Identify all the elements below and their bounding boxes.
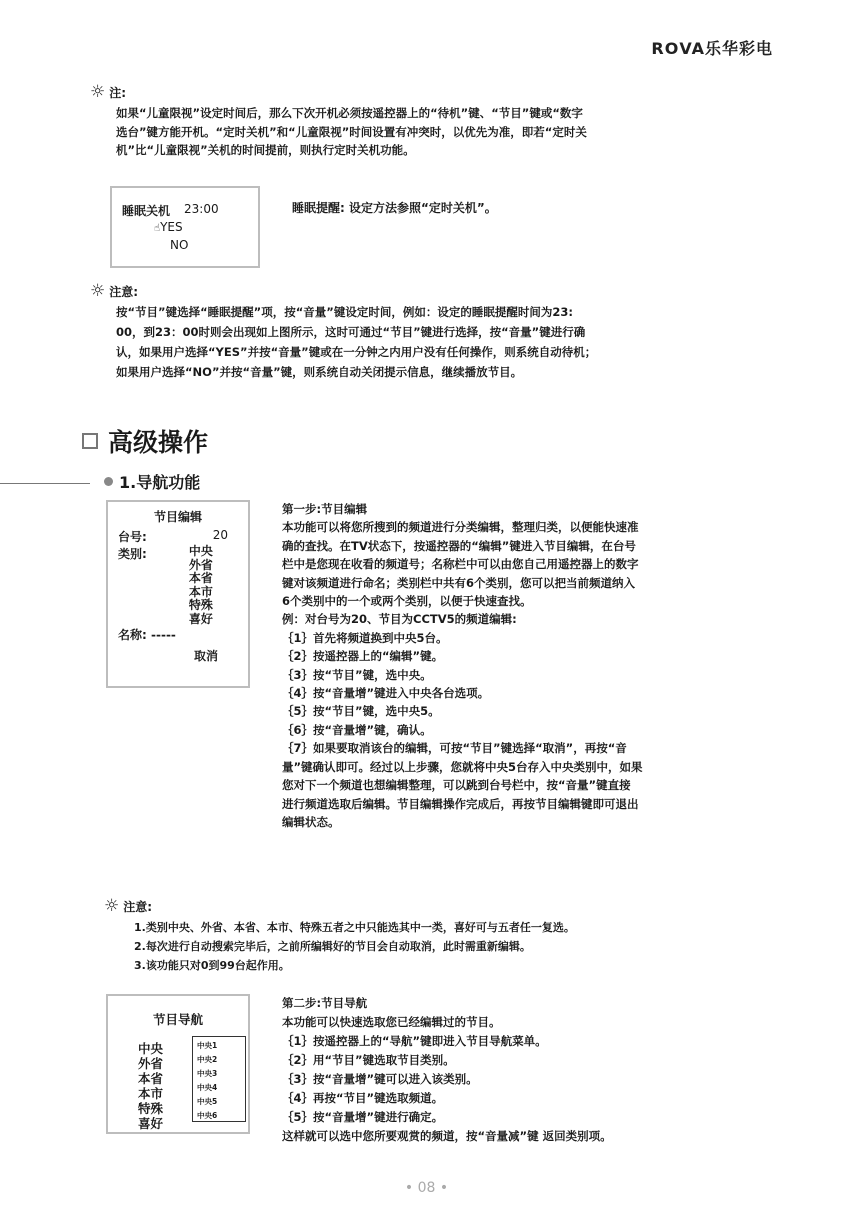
step-line: ｛5｝按“音量增”键进行确定。 bbox=[282, 1108, 802, 1127]
nav-channel-list: 中央1 中央2 中央3 中央4 中央5 中央6 bbox=[192, 1036, 246, 1122]
note-line: 1.类别中央、外省、本省、本市、特殊五者之中只能选其中一类，喜好可与五者任一复选… bbox=[134, 918, 814, 937]
program-edit-menu-illustration: 节目编辑 台号: 20 类别: 中央 外省 本省 本市 特殊 喜好 名称: --… bbox=[106, 500, 250, 688]
sun-bulb-icon: ☼ bbox=[104, 898, 119, 915]
step-line: 这样就可以选中您所要观赏的频道，按“音量减”键 返回类别项。 bbox=[282, 1127, 802, 1146]
page-number: • 08 • bbox=[0, 1180, 853, 1196]
step-line: 键对该频道进行命名；类别栏中共有6个类别，您可以把当前频道纳入 bbox=[282, 574, 782, 592]
note-title: 注意: bbox=[109, 283, 138, 300]
nav-category-item: 本市 bbox=[138, 1086, 163, 1101]
step-title: 第一步:节目编辑 bbox=[282, 500, 782, 518]
nav-category-item: 外省 bbox=[138, 1056, 163, 1071]
step-line: 6个类别中的一个或两个类别，以便于快速查找。 bbox=[282, 592, 782, 610]
category-item: 喜好 bbox=[189, 613, 213, 627]
note-title: 注: bbox=[109, 84, 126, 101]
note-line: 按“节目”键选择“睡眠提醒”项，按“音量”键设定时间，例如：设定的睡眠提醒时间为… bbox=[116, 302, 786, 322]
step-line: 您对下一个频道也想编辑整理，可以跳到台号栏中，按“音量”键直接 bbox=[282, 776, 782, 794]
option-yes: YES bbox=[160, 220, 183, 234]
nav-channel-item: 中央3 bbox=[197, 1067, 241, 1081]
nav-category-item: 本省 bbox=[138, 1071, 163, 1086]
category-item: 本省 bbox=[189, 572, 213, 586]
subsection-heading: 1.导航功能 bbox=[104, 470, 200, 493]
step-line: ｛3｝按“音量增”键可以进入该类别。 bbox=[282, 1070, 802, 1089]
category-list: 中央 外省 本省 本市 特殊 喜好 bbox=[189, 545, 213, 626]
square-bullet-icon bbox=[82, 433, 98, 449]
step-line: ｛5｝按“节目”键，选中央5。 bbox=[282, 702, 782, 720]
step-line: ｛2｝按遥控器上的“编辑”键。 bbox=[282, 647, 782, 665]
note-heading: ☼ 注: bbox=[90, 84, 126, 101]
step-line: 进行频道选取后编辑。节目编辑操作完成后，再按节目编辑键即可退出 bbox=[282, 795, 782, 813]
category-item: 外省 bbox=[189, 559, 213, 573]
channel-value: 20 bbox=[213, 528, 228, 545]
step-line: 例：对台号为20、节目为CCTV5的频道编辑: bbox=[282, 610, 782, 628]
step-line: 确的查找。在TV状态下，按遥控器的“编辑”键进入节目编辑，在台号 bbox=[282, 537, 782, 555]
note-heading: ☼ 注意: bbox=[104, 898, 152, 915]
step-line: ｛1｝首先将频道换到中央5台。 bbox=[282, 629, 782, 647]
sleep-hint: 睡眠提醒: 设定方法参照“定时关机”。 bbox=[292, 199, 497, 216]
edit-menu-title: 节目编辑 bbox=[118, 508, 238, 525]
note-body: 1.类别中央、外省、本省、本市、特殊五者之中只能选其中一类，喜好可与五者任一复选… bbox=[134, 918, 814, 975]
program-navigation-menu-illustration: 节目导航 中央 外省 本省 本市 特殊 喜好 中央1 中央2 中央3 中央4 中… bbox=[106, 994, 250, 1134]
sleep-off-title: 睡眠关机 bbox=[122, 202, 170, 219]
note-line: 如果“儿童限视”设定时间后，那么下次开机必须按遥控器上的“待机”键、“节目”键或… bbox=[116, 104, 776, 123]
divider-line bbox=[0, 483, 90, 484]
name-value: ----- bbox=[151, 628, 176, 642]
step-line: 本功能可以快速选取您已经编辑过的节目。 bbox=[282, 1013, 802, 1032]
step-line: ｛4｝再按“节目”键选取频道。 bbox=[282, 1089, 802, 1108]
nav-category-item: 中央 bbox=[138, 1041, 163, 1056]
note-line: 如果用户选择“NO”并按“音量”键，则系统自动关闭提示信息，继续播放节目。 bbox=[116, 362, 786, 382]
nav-channel-item: 中央2 bbox=[197, 1053, 241, 1067]
sleep-hint-label: 睡眠提醒: bbox=[292, 201, 345, 215]
note-body: 如果“儿童限视”设定时间后，那么下次开机必须按遥控器上的“待机”键、“节目”键或… bbox=[116, 104, 776, 160]
note-line: 认，如果用户选择“YES”并按“音量”键或在一分钟之内用户没有任何操作，则系统自… bbox=[116, 342, 786, 362]
brand-logo: RОVA乐华彩电 bbox=[651, 36, 773, 59]
step-line: 栏中是您现在收看的频道号；名称栏中可以由您自己用遥控器上的数字 bbox=[282, 555, 782, 573]
name-label: 名称: bbox=[118, 628, 147, 642]
note-line: 机”比“儿童限视”关机的时间提前，则执行定时关机功能。 bbox=[116, 141, 776, 160]
note-line: 00，到23：00时则会出现如上图所示，这时可通过“节目”键进行选择，按“音量”… bbox=[116, 322, 786, 342]
step-line: 量”键确认即可。经过以上步骤，您就将中央5台存入中央类别中，如果 bbox=[282, 758, 782, 776]
nav-channel-item: 中央6 bbox=[197, 1109, 241, 1123]
step-line: ｛7｝如果要取消该台的编辑，可按“节目”键选择“取消”，再按“音 bbox=[282, 739, 782, 757]
channel-label: 台号: bbox=[118, 528, 147, 545]
nav-category-item: 喜好 bbox=[138, 1116, 163, 1131]
step-line: ｛4｝按“音量增”键进入中央各台选项。 bbox=[282, 684, 782, 702]
option-no: NO bbox=[170, 237, 258, 253]
nav-channel-item: 中央1 bbox=[197, 1039, 241, 1053]
section-heading: 高级操作 bbox=[82, 423, 208, 459]
step-line: ｛1｝按遥控器上的“导航”键即进入节目导航菜单。 bbox=[282, 1032, 802, 1051]
sun-bulb-icon: ☼ bbox=[90, 283, 105, 300]
nav-category-item: 特殊 bbox=[138, 1101, 163, 1116]
step-line: 编辑状态。 bbox=[282, 813, 782, 831]
subsection-title: 1.导航功能 bbox=[119, 470, 200, 493]
step-line: ｛6｝按“音量增”键，确认。 bbox=[282, 721, 782, 739]
note-heading: ☼ 注意: bbox=[90, 283, 138, 300]
category-item: 特殊 bbox=[189, 599, 213, 613]
cancel-option: 取消 bbox=[194, 647, 238, 664]
note-line: 3.该功能只对0到99台起作用。 bbox=[134, 956, 814, 975]
section-title: 高级操作 bbox=[108, 423, 208, 459]
sleep-off-time: 23:00 bbox=[184, 202, 219, 219]
category-item: 本市 bbox=[189, 586, 213, 600]
note-title: 注意: bbox=[123, 898, 152, 915]
dot-bullet-icon bbox=[104, 477, 113, 486]
note-line: 2.每次进行自动搜索完毕后，之前所编辑好的节目会自动取消，此时需重新编辑。 bbox=[134, 937, 814, 956]
note-line: 选台”键方能开机。“定时关机”和“儿童限视”时间设置有冲突时，以优先为准，即若“… bbox=[116, 123, 776, 142]
step-line: ｛3｝按“节目”键，选中央。 bbox=[282, 666, 782, 684]
nav-category-list: 中央 外省 本省 本市 特殊 喜好 bbox=[138, 1041, 163, 1131]
step-two-text: 第二步:节目导航 本功能可以快速选取您已经编辑过的节目。 ｛1｝按遥控器上的“导… bbox=[282, 994, 802, 1146]
step-title: 第二步:节目导航 bbox=[282, 994, 802, 1013]
note-body: 按“节目”键选择“睡眠提醒”项，按“音量”键设定时间，例如：设定的睡眠提醒时间为… bbox=[116, 302, 786, 382]
sleep-hint-text: 设定方法参照“定时关机”。 bbox=[345, 201, 497, 215]
nav-menu-title: 节目导航 bbox=[108, 1010, 248, 1028]
nav-channel-item: 中央4 bbox=[197, 1081, 241, 1095]
step-line: ｛2｝用“节目”键选取节目类别。 bbox=[282, 1051, 802, 1070]
sun-bulb-icon: ☼ bbox=[90, 84, 105, 101]
category-item: 中央 bbox=[189, 545, 213, 559]
category-label: 类别: bbox=[118, 545, 147, 626]
step-one-text: 第一步:节目编辑 本功能可以将您所搜到的频道进行分类编辑，整理归类，以便能快速准… bbox=[282, 500, 782, 831]
sleep-off-menu-illustration: 睡眠关机 23:00 ☝YES NO bbox=[110, 186, 260, 268]
step-line: 本功能可以将您所搜到的频道进行分类编辑，整理归类，以便能快速准 bbox=[282, 518, 782, 536]
nav-channel-item: 中央5 bbox=[197, 1095, 241, 1109]
